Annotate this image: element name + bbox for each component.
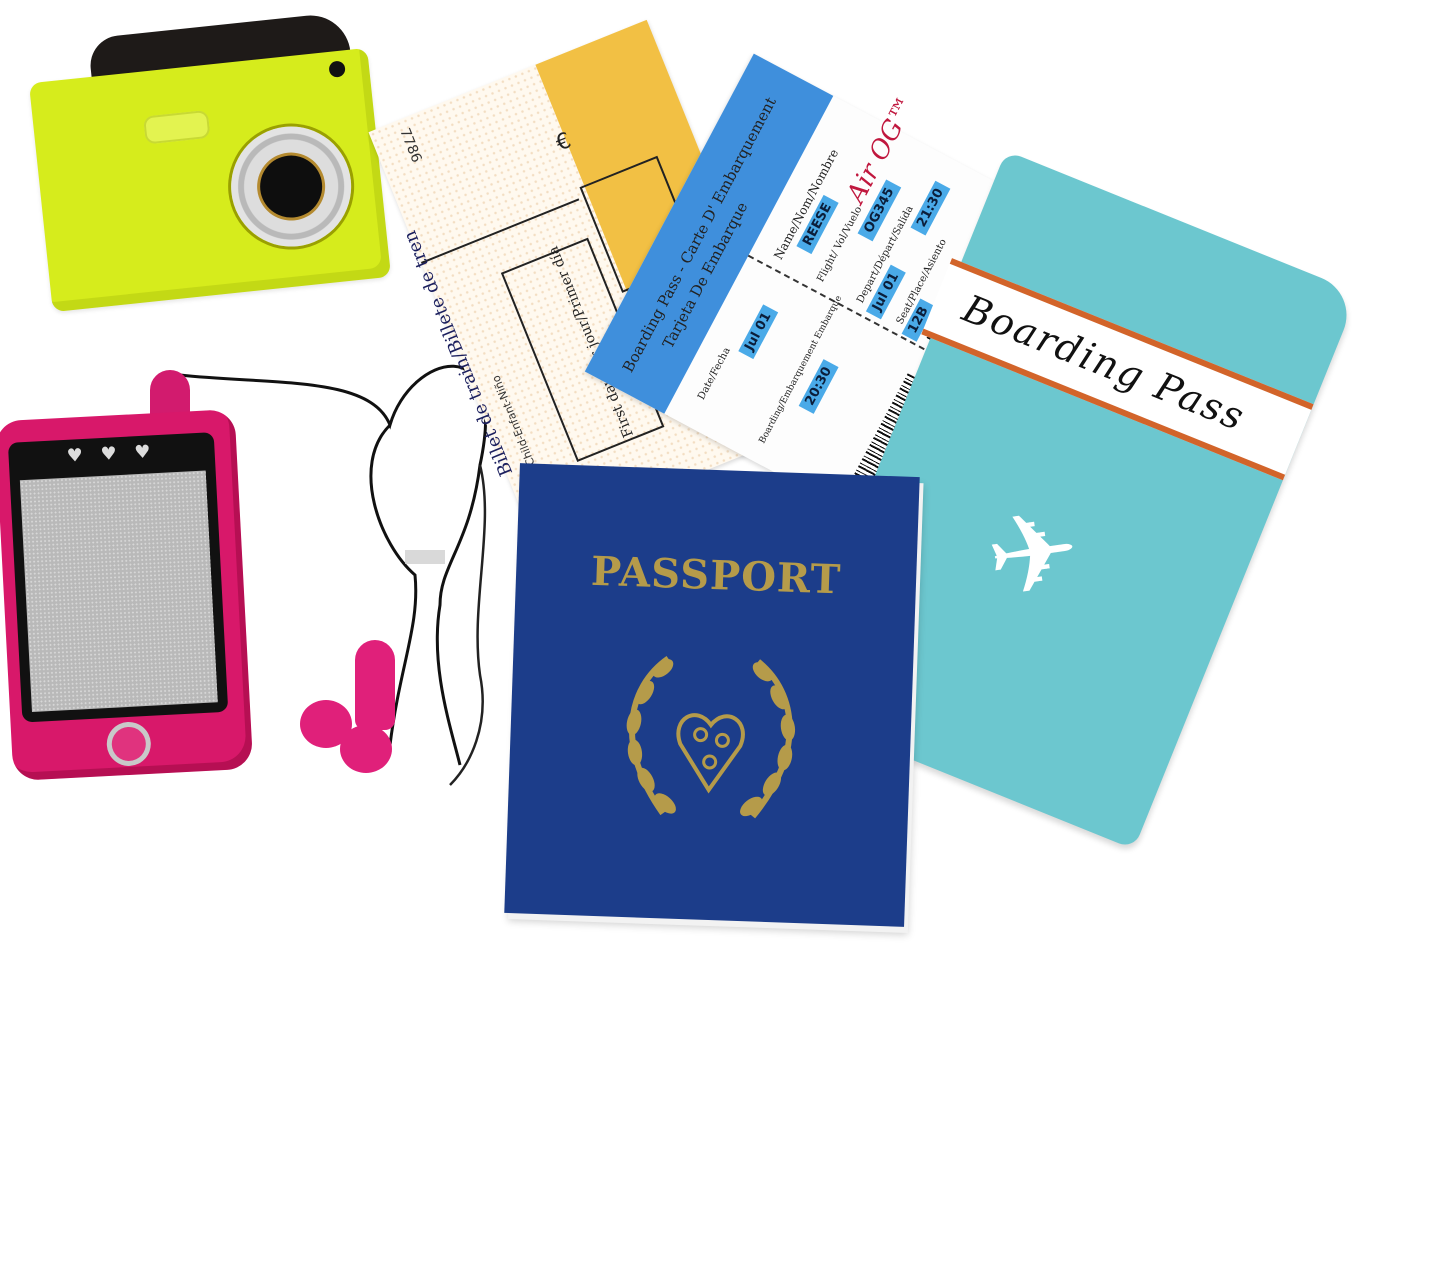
phone-bezel: ♥ ♥ ♥ — [8, 432, 228, 722]
camera-lens — [225, 121, 357, 253]
phone-screen — [20, 471, 218, 712]
camera-shutter-button — [328, 60, 346, 78]
ticket-number: 7786 — [396, 126, 424, 165]
earbud-right — [340, 725, 392, 773]
heart-icons: ♥ ♥ ♥ — [8, 438, 215, 470]
camera-flash — [143, 110, 211, 145]
toy-camera — [30, 25, 390, 315]
airplane-icon: ✈ — [979, 484, 1088, 624]
depart-time: 21:30 — [911, 180, 951, 235]
passport-title: PASSPORT — [515, 545, 916, 606]
phone-body: ♥ ♥ ♥ — [0, 409, 253, 781]
earbud-stem — [355, 640, 395, 730]
camera-body — [29, 48, 391, 312]
passport: PASSPORT — [504, 463, 919, 927]
camera-lens-glass — [257, 152, 325, 220]
boarding-pass-label: Boarding Pass — [957, 286, 1252, 439]
date-value: Jul 01 — [738, 304, 778, 359]
home-button — [111, 726, 147, 762]
date-label: Date/Fecha — [696, 346, 733, 402]
toy-phone: ♥ ♥ ♥ — [0, 370, 260, 790]
laurel-wreath-icon — [602, 646, 818, 833]
boarding-pass-band: Boarding Pass — [921, 258, 1313, 480]
